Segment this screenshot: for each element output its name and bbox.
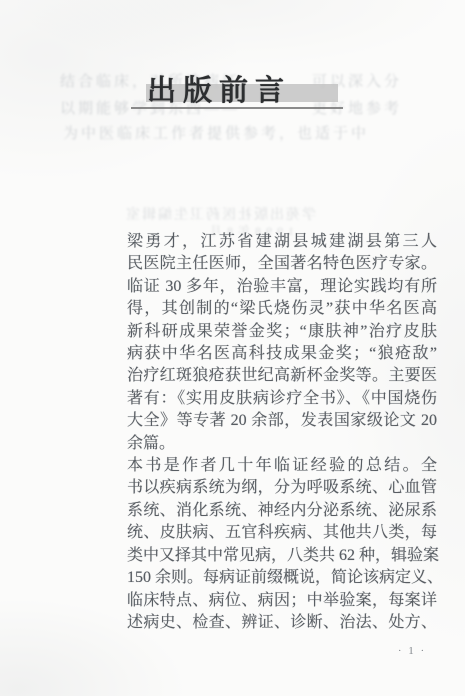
title-underline-rule [131,107,343,109]
bleedthrough-text-line: 为中医临床工作者提供参考，也适于中 [63,122,413,143]
bleedthrough-publisher-line: 学苑出版社医药卫生编辑室 [98,204,316,224]
text-line: 民医院主任医师，全国著名特色医疗专家。 [127,253,437,275]
text-line: 类中又择其中常见病，八类共 62 种，辑验案 [127,545,437,567]
text-line: 述病史、检查、辨证、诊断、治法、处方、 [127,612,437,634]
page-number: · 1 · [388,645,436,657]
text-line: 病获中华名医高科技成果金奖；“狼疮敌” [127,343,437,365]
text-line: 大全》等专著 20 余部，发表国家级论文 20 [127,410,437,432]
text-line: 系统、消化系统、神经内分泌系统、泌尿系 [127,500,437,522]
page-title: 出版前言 [147,68,291,109]
scanned-book-page: 结合临床，对所选病证 可以深入分 以期能够学到东西—— 更好地参考 为中医临床工… [0,0,465,696]
text-line: 梁勇才，江苏省建湖县城建湖县第三人 [127,231,437,253]
body-text: 梁勇才，江苏省建湖县城建湖县第三人 民医院主任医师，全国著名特色医疗专家。 临证… [127,231,437,634]
text-line: 余篇。 [127,433,437,455]
text-line: 得，其创制的“梁氏烧伤灵”获中华名医高 [127,298,437,320]
text-line: 本书是作者几十年临证经验的总结。全 [127,455,437,477]
paragraph-book-overview: 本书是作者几十年临证经验的总结。全 书以疾病系统为纲，分为呼吸系统、心血管 系统… [127,455,437,634]
text-line: 150 余则。每病证前缀概说，简论该病定义、 [127,567,437,589]
text-line: 著有：《实用皮肤病诊疗全书》、《中国烧伤 [127,388,437,410]
text-line: 书以疾病系统为纲，分为呼吸系统、心血管 [127,477,437,499]
text-line: 统、皮肤病、五官科疾病、其他共八类，每 [127,522,437,544]
text-line: 新科研成果荣誉金奖；“康肤神”治疗皮肤 [127,321,437,343]
paragraph-author-bio: 梁勇才，江苏省建湖县城建湖县第三人 民医院主任医师，全国著名特色医疗专家。 临证… [127,231,437,455]
text-line: 治疗红斑狼疮获世纪高新杯金奖等。主要医 [127,365,437,387]
text-line: 临床特点、病位、病因；中举验案，每案详 [127,590,437,612]
text-line: 临证 30 多年，治验丰富，理论实践均有所 [127,276,437,298]
